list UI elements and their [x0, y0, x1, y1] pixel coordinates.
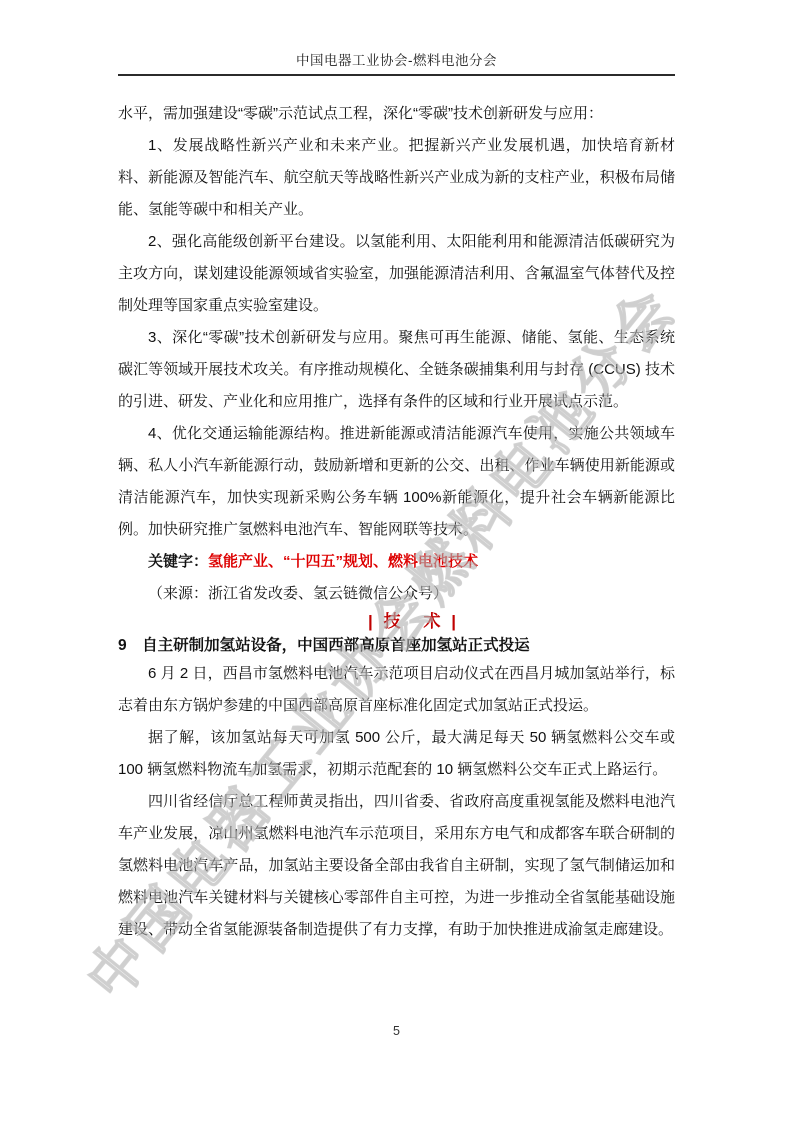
paragraph-item-3: 3、深化“零碳”技术创新研发与应用。聚焦可再生能源、储能、氢能、生态系统碳汇等领…	[118, 322, 675, 418]
document-body: 水平，需加强建设“零碳”示范试点工程，深化“零碳”技术创新研发与应用： 1、发展…	[118, 98, 675, 946]
document-page: 中国电器工业协会燃料电池分会 中国电器工业协会-燃料电池分会 水平，需加强建设“…	[0, 0, 793, 1122]
source-line: （来源：浙江省发改委、氢云链微信公众号）	[118, 578, 675, 610]
article-title: 9 自主研制加氢站设备，中国西部高原首座加氢站正式投运	[118, 634, 675, 658]
keywords-line: 关键字：氢能产业、“十四五”规划、燃料电池技术	[118, 546, 675, 578]
section-header-technology: | 技 术 |	[118, 610, 675, 634]
header-divider	[118, 74, 675, 76]
page-number: 5	[0, 1024, 793, 1038]
keywords-value: 氢能产业、“十四五”规划、燃料电池技术	[208, 553, 478, 570]
paragraph-item-1: 1、发展战略性新兴产业和未来产业。把握新兴产业发展机遇，加快培育新材料、新能源及…	[118, 130, 675, 226]
header-title: 中国电器工业协会-燃料电池分会	[0, 52, 793, 69]
paragraph-item-2: 2、强化高能级创新平台建设。以氢能利用、太阳能利用和能源清洁低碳研究为主攻方向，…	[118, 226, 675, 322]
article-paragraph-2: 据了解，该加氢站每天可加氢 500 公斤，最大满足每天 50 辆氢燃料公交车或 …	[118, 722, 675, 786]
page-header: 中国电器工业协会-燃料电池分会	[0, 0, 793, 76]
article-paragraph-1: 6 月 2 日，西昌市氢燃料电池汽车示范项目启动仪式在西昌月城加氢站举行，标志着…	[118, 658, 675, 722]
paragraph-item-4: 4、优化交通运输能源结构。推进新能源或清洁能源汽车使用，实施公共领域车辆、私人小…	[118, 418, 675, 546]
article-paragraph-3: 四川省经信厅总工程师黄灵指出，四川省委、省政府高度重视氢能及燃料电池汽车产业发展…	[118, 786, 675, 946]
keywords-label: 关键字：	[148, 553, 208, 570]
paragraph-continuation: 水平，需加强建设“零碳”示范试点工程，深化“零碳”技术创新研发与应用：	[118, 98, 675, 130]
